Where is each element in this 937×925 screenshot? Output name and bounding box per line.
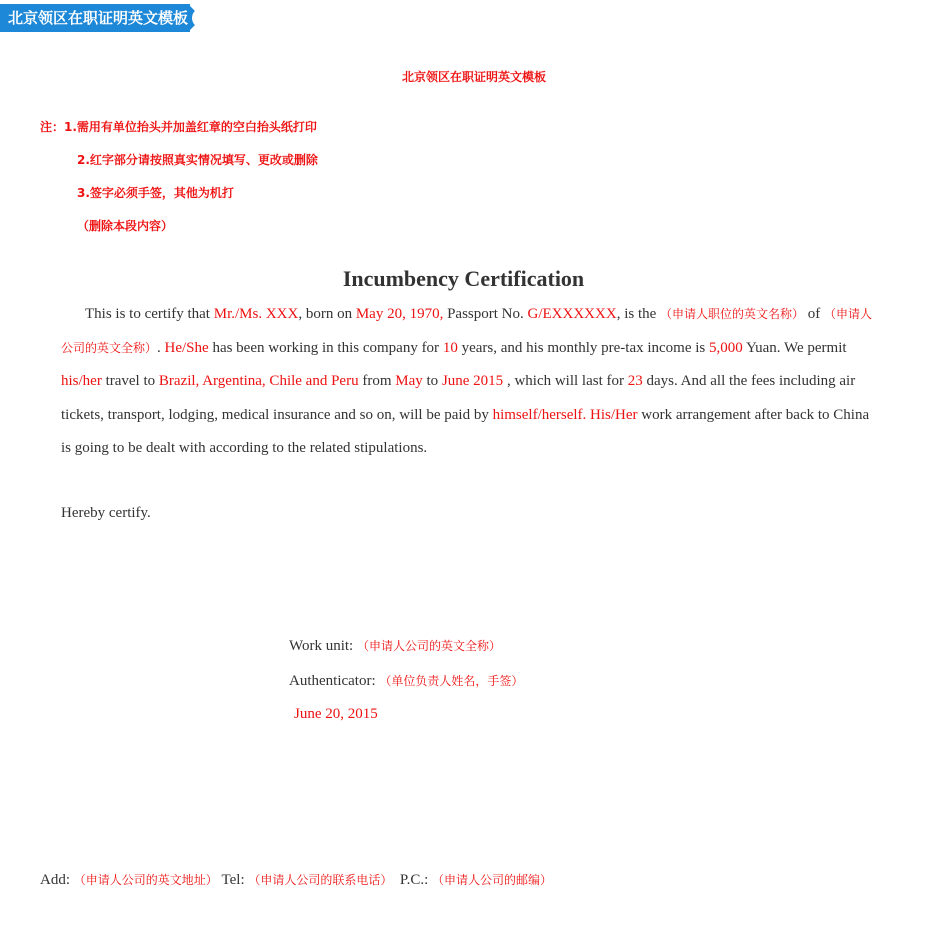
banner-title: 北京领区在职证明英文模板: [8, 4, 188, 32]
travel-to-date: June 2015: [442, 373, 503, 389]
body-text: Passport No.: [443, 306, 527, 322]
postcode-label: P.C.:: [392, 872, 432, 888]
applicant-name: Mr./Ms. XXX: [214, 306, 299, 322]
body-text: has been working in this company for: [209, 340, 443, 356]
note-line-3: 3.签字必须手签，其他为机打: [77, 184, 234, 201]
position-placeholder: （申请人职位的英文名称）: [660, 307, 804, 321]
body-text: , which will last for: [503, 373, 628, 389]
body-text: years, and his monthly pre-tax income is: [458, 340, 709, 356]
body-text: travel to: [102, 373, 159, 389]
note-line-1: 注：1.需用有单位抬头并加盖红章的空白抬头纸打印: [40, 118, 317, 135]
body-text: from: [359, 373, 396, 389]
passport-number: G/EXXXXXX: [528, 306, 617, 322]
pronoun-his-her: his/her: [61, 373, 102, 389]
note-line-2: 2.红字部分请按照真实情况填写、更改或删除: [77, 151, 318, 168]
postcode-value: （申请人公司的邮编）: [432, 873, 552, 887]
body-text: , is the: [617, 306, 660, 322]
footer-contact: Add: （申请人公司的英文地址） Tel: （申请人公司的联系电话） P.C.…: [40, 871, 552, 889]
tel-value: （申请人公司的联系电话）: [248, 873, 392, 887]
note-line-4: （删除本段内容）: [77, 217, 173, 234]
document-subtitle: 北京领区在职证明英文模板: [0, 68, 937, 85]
body-text: , born on: [298, 306, 356, 322]
authenticator-line: Authenticator: （单位负责人姓名，手签）: [289, 672, 523, 690]
date-of-birth: May 20, 1970,: [356, 306, 444, 322]
payer: himself/herself. His/Her: [493, 407, 638, 423]
work-unit-line: Work unit: （申请人公司的英文全称）: [289, 637, 501, 655]
signature-date: June 20, 2015: [294, 706, 378, 723]
years-employed: 10: [443, 340, 458, 356]
work-unit-value: （申请人公司的英文全称）: [357, 639, 501, 653]
travel-days: 23: [628, 373, 643, 389]
certificate-body: This is to certify that Mr./Ms. XXX, bor…: [61, 298, 876, 466]
authenticator-label: Authenticator:: [289, 673, 379, 689]
tel-label: Tel:: [218, 872, 249, 888]
address-value: （申请人公司的英文地址）: [74, 873, 218, 887]
hereby-certify: Hereby certify.: [61, 505, 151, 522]
travel-from-month: May: [395, 373, 423, 389]
authenticator-value: （单位负责人姓名，手签）: [379, 674, 523, 688]
monthly-income: 5,000: [709, 340, 743, 356]
body-text: of: [804, 306, 820, 322]
body-text: .: [157, 340, 165, 356]
body-text: This is to certify that: [85, 306, 214, 322]
work-unit-label: Work unit:: [289, 638, 357, 654]
body-text: to: [423, 373, 442, 389]
address-label: Add:: [40, 872, 74, 888]
header-banner: 北京领区在职证明英文模板: [0, 4, 200, 32]
destination-countries: Brazil, Argentina, Chile and Peru: [159, 373, 359, 389]
pronoun-he-she: He/She: [165, 340, 209, 356]
certificate-title: Incumbency Certification: [0, 266, 927, 292]
body-text: Yuan. We permit: [743, 340, 847, 356]
